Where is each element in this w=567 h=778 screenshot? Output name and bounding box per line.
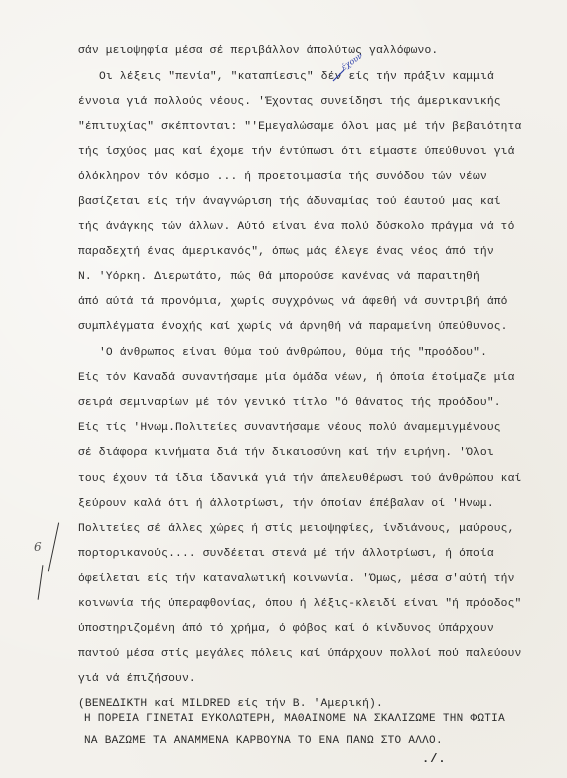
- closing-line: ΝΑ ΒΑΖΩΜΕ ΤΑ ΑΝΑΜΜΕΝΑ ΚΑΡΒΟΥΝΑ ΤΟ ΕΝΑ ΠΑ…: [84, 734, 443, 748]
- text-line: τής άνάγκης τών άλλων. Αύτό είναι ένα πο…: [78, 220, 515, 234]
- text-line: τής ίσχύος μας καί έχομε τήν έντύπωσι ότ…: [78, 145, 515, 159]
- typewritten-page: σάν μειοψηφία μέσα σέ περιβάλλον άπολύτω…: [0, 0, 567, 778]
- text-line: όλόκληρον τόν κόσμο ... ή προετοιμασία τ…: [78, 170, 487, 184]
- text-line: (ΒΕΝΕΔΙΚΤΗ καί MILDRED είς τήν Β. 'Αμερι…: [78, 697, 383, 711]
- text-line: παραδεχτή ένας άμερικανός", όπως μάς έλε…: [78, 245, 494, 259]
- text-line: Είς τίς 'Ηνωμ.Πολιτείες συναντήσαμε νέου…: [78, 421, 501, 435]
- text-line: σάν μειοψηφία μέσα σέ περιβάλλον άπολύτω…: [78, 44, 438, 58]
- end-mark: ./.: [422, 752, 447, 766]
- text-line: Οι λέξεις "πενία", "καταπίεσις" δέν είς …: [99, 70, 494, 84]
- text-line: κοινωνία τής ύπεραφθονίας, όπου ή λέξις-…: [78, 597, 521, 611]
- margin-number: 6: [34, 540, 42, 554]
- strike-mark-icon: [332, 68, 346, 82]
- text-line: "έπιτυχίας" σκέπτονται: "'Εμεγαλώσαμε όλ…: [78, 120, 521, 134]
- text-line: πορτορικανούς.... συνδέεται στενά μέ τήν…: [78, 547, 494, 561]
- text-line: ξεύρουν καλά ότι ή άλλοτρίωσι, τήν όποία…: [78, 497, 494, 511]
- text-line: ύποστηριζομένη άπό τό χρήμα, ό φόβος καί…: [78, 622, 494, 636]
- text-line: έννοια γιά πολλούς νέους. 'Έχοντας συνεί…: [78, 95, 501, 109]
- text-line: 'Ο άνθρωπος είναι θύμα τού άνθρώπου, θύμ…: [99, 346, 487, 360]
- text-line: τους έχουν τά ίδια ίδανικά γιά τήν άπελε…: [78, 472, 521, 486]
- text-line: σέ διάφορα κινήματα διά τήν δικαιοσύνη κ…: [78, 446, 494, 460]
- text-line: συμπλέγματα ένοχής καί χωρίς νά άρνηθή ν…: [78, 320, 508, 334]
- text-line: Είς τόν Καναδά συναντήσαμε μία όμάδα νέω…: [78, 371, 515, 385]
- text-line: παντού μέσα στίς μεγάλες πόλεις καί ύπάρ…: [78, 647, 521, 661]
- closing-line: Η ΠΟΡΕΙΑ ΓΙΝΕΤΑΙ ΕΥΚΟΛΩΤΕΡΗ, ΜΑΘΑΙΝΟΜΕ Ν…: [84, 712, 505, 726]
- margin-bracket: [48, 522, 60, 571]
- text-line: γιά νά έπιζήσουν.: [78, 672, 196, 686]
- text-line: Πολιτείες σέ άλλες χώρες ή στίς μειοψηφί…: [78, 522, 515, 536]
- text-line: άπό αύτά τά προνόμια, χωρίς συγχρόνως νά…: [78, 295, 508, 309]
- text-line: σειρά σεμιναρίων μέ τόν γενικό τίτλο "ό …: [78, 396, 501, 410]
- text-line: βασίζεται είς τήν άναγνώριση τής άδυναμί…: [78, 195, 501, 209]
- text-line: Ν. 'Υόρκη. Διερωτάτο, πώς θά μπορούσε κα…: [78, 270, 480, 284]
- text-line: όφείλεται είς τήν καταναλωτική κοινωνία.…: [78, 572, 515, 586]
- margin-bracket: [38, 565, 44, 600]
